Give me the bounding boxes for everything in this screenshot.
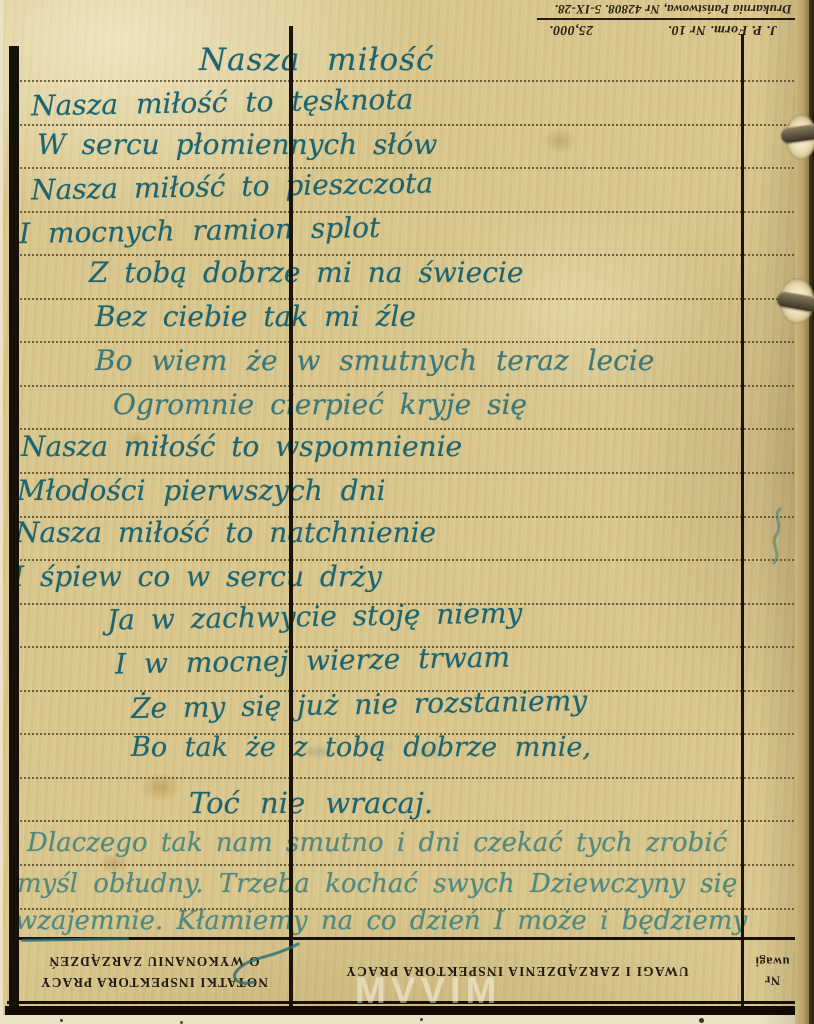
ruled-line	[17, 777, 801, 779]
poem-line: I mocnych ramion splot	[19, 211, 381, 250]
poem-line: Bez ciebie tak mi źle	[95, 300, 416, 333]
poem-line: Nasza miłość to pieszczota	[31, 166, 434, 206]
poem-line: I w mocnej wierze trwam	[115, 641, 511, 681]
scan-speckles	[60, 1019, 63, 1022]
ruled-line	[17, 820, 801, 822]
footer-cell-remark-number: Nr uwagi	[744, 940, 800, 1002]
ink-stray-mark	[758, 505, 793, 570]
poem-line: Z tobą dobrze mi na świecie	[89, 256, 523, 289]
poem-line: I śpiew co w sercu drży	[13, 560, 382, 593]
paper-stain	[139, 772, 183, 802]
print-run: 25,000.	[549, 21, 593, 37]
poem-line: Nasza miłość to tęsknota	[31, 83, 414, 123]
poem-line: Młodości pierwszych dni	[17, 474, 386, 507]
page-paper: J. P. Form. Nr 10. 25,000. Drukarnia Pań…	[3, 0, 814, 1015]
poem-line: Że my się już nie rozstaniemy	[131, 684, 588, 725]
museum-watermark: MVVIM	[355, 970, 501, 1012]
column-divider	[289, 26, 293, 1006]
poem-line: Nasza miłość to wspomnienie	[21, 430, 462, 463]
header-rule	[537, 18, 809, 20]
remarks-column-divider	[741, 34, 744, 1006]
poem-line: Bo tak że z tobą dobrze mnie,	[131, 732, 591, 763]
printed-form-header: J. P. Form. Nr 10. 25,000. Drukarnia Pań…	[537, 1, 809, 37]
poem-line: Bo wiem że w smutnych teraz lecie	[95, 344, 654, 377]
postscript-line: Dlaczego tak nam smutno i dni czekać tyc…	[27, 828, 727, 858]
form-number: J. P. Form. Nr 10.	[668, 21, 777, 37]
paper-stain	[543, 128, 577, 154]
footer-nr-label: Nr	[755, 971, 789, 990]
ink-flourish	[228, 942, 308, 992]
scanned-notebook-page: J. P. Form. Nr 10. 25,000. Drukarnia Pań…	[0, 0, 814, 1024]
ruled-line	[17, 211, 801, 213]
poem-closing-heading: Toć nie wracaj.	[189, 786, 433, 820]
ruled-line	[17, 80, 801, 82]
ruled-line	[17, 341, 801, 343]
ruled-line	[17, 124, 801, 126]
poem-title: Nasza miłość	[199, 42, 434, 78]
postscript-line: myśl obłudny. Trzeba kochać swych Dziewc…	[17, 869, 737, 899]
ruled-line	[17, 864, 801, 866]
poem-line: W sercu płomiennych słów	[37, 128, 437, 161]
ruled-line	[17, 385, 801, 387]
poem-line: Ogromnie cierpieć kryje się	[113, 388, 527, 421]
frame-left-border	[9, 46, 19, 1012]
poem-line: Ja w zachwycie stoję niemy	[107, 596, 523, 636]
postscript-line: wzajemnie. Kłamiemy na co dzień I może i…	[15, 906, 747, 936]
poem-line: Nasza miłość to natchnienie	[15, 516, 436, 549]
footer-uwagi-label: uwagi	[755, 952, 789, 971]
printer-imprint: Drukarnia Państwowa, Nr 42808. 5-IX-28.	[537, 1, 809, 17]
